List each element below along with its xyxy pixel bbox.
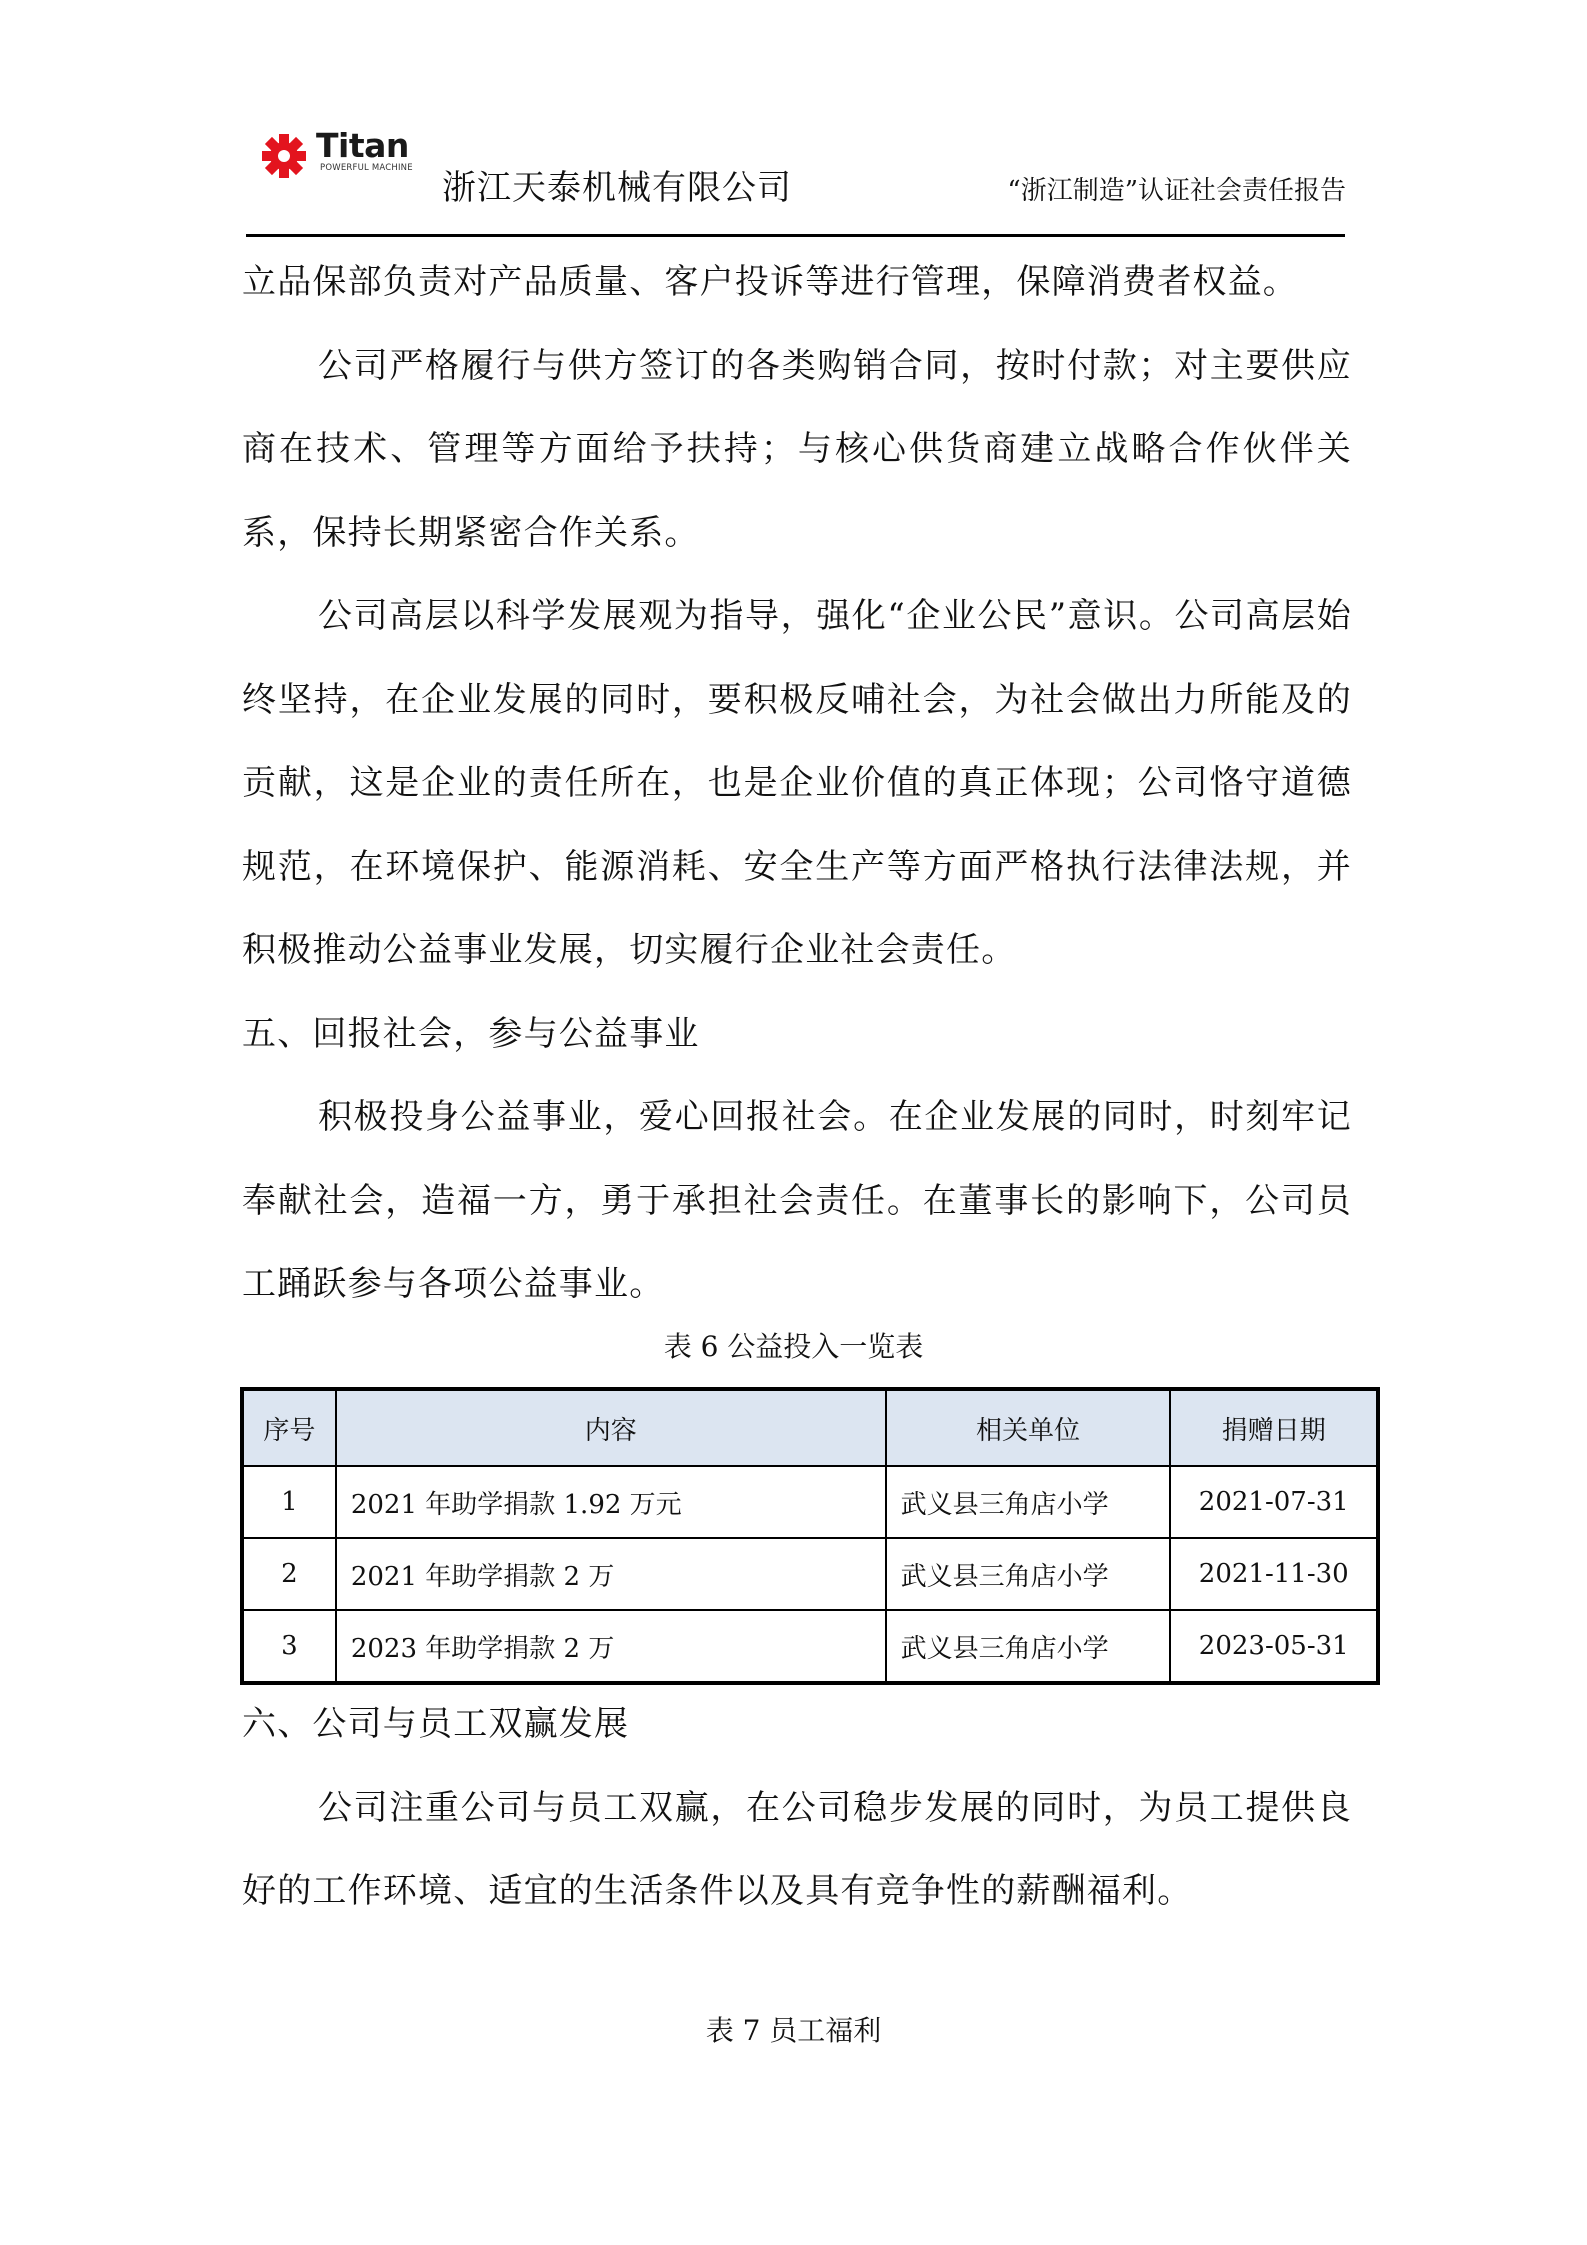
cell-index: 2 [242, 1538, 336, 1610]
table-row: 2 2021 年助学捐款 2 万 武义县三角店小学 2021-11-30 [242, 1538, 1378, 1610]
paragraph-suppliers: 公司严格履行与供方签订的各类购销合同，按时付款；对主要供应商在技术、管理等方面给… [242, 325, 1352, 576]
cell-content: 2023 年助学捐款 2 万 [336, 1610, 886, 1683]
table-row: 1 2021 年助学捐款 1.92 万元 武义县三角店小学 2021-07-31 [242, 1466, 1378, 1538]
body-section-2: 六、公司与员工双赢发展 公司注重公司与员工双赢，在公司稳步发展的同时，为员工提供… [242, 1683, 1352, 1934]
col-header-unit: 相关单位 [886, 1389, 1171, 1466]
cell-unit: 武义县三角店小学 [886, 1466, 1171, 1538]
cell-content: 2021 年助学捐款 1.92 万元 [336, 1466, 886, 1538]
logo-brand: Titan [316, 128, 409, 164]
cell-unit: 武义县三角店小学 [886, 1610, 1171, 1683]
header-divider [246, 234, 1345, 237]
gear-icon [260, 132, 308, 180]
cell-index: 3 [242, 1610, 336, 1683]
section-heading-6: 六、公司与员工双赢发展 [242, 1683, 1352, 1767]
cell-date: 2023-05-31 [1170, 1610, 1378, 1683]
logo-tagline: POWERFUL MACHINE [320, 163, 413, 173]
paragraph-public-welfare: 积极投身公益事业，爱心回报社会。在企业发展的同时，时刻牢记奉献社会，造福一方，勇… [242, 1076, 1352, 1327]
col-header-index: 序号 [242, 1389, 336, 1466]
paragraph-employee-welfare: 公司注重公司与员工双赢，在公司稳步发展的同时，为员工提供良好的工作环境、适宜的生… [242, 1767, 1352, 1934]
table-header-row: 序号 内容 相关单位 捐赠日期 [242, 1389, 1378, 1466]
body-section-1: 立品保部负责对产品质量、客户投诉等进行管理，保障消费者权益。 公司严格履行与供方… [242, 241, 1352, 1327]
titan-logo: Titan POWERFUL MACHINE [246, 128, 426, 180]
report-title: “浙江制造”认证社会责任报告 [1007, 170, 1346, 207]
cell-unit: 武义县三角店小学 [886, 1538, 1171, 1610]
col-header-date: 捐赠日期 [1170, 1389, 1378, 1466]
paragraph-consumer-rights: 立品保部负责对产品质量、客户投诉等进行管理，保障消费者权益。 [242, 241, 1352, 325]
cell-date: 2021-11-30 [1170, 1538, 1378, 1610]
company-name: 浙江天泰机械有限公司 [442, 160, 792, 209]
paragraph-corporate-citizen: 公司高层以科学发展观为指导，强化“企业公民”意识。公司高层始终坚持，在企业发展的… [242, 575, 1352, 993]
table6-caption: 表 6 公益投入一览表 [0, 1325, 1587, 1365]
cell-index: 1 [242, 1466, 336, 1538]
col-header-content: 内容 [336, 1389, 886, 1466]
table-row: 3 2023 年助学捐款 2 万 武义县三角店小学 2023-05-31 [242, 1610, 1378, 1683]
cell-date: 2021-07-31 [1170, 1466, 1378, 1538]
page-header: Titan POWERFUL MACHINE 浙江天泰机械有限公司 “浙江制造”… [246, 128, 1346, 208]
table7-caption: 表 7 员工福利 [0, 2009, 1587, 2049]
public-welfare-table: 序号 内容 相关单位 捐赠日期 1 2021 年助学捐款 1.92 万元 武义县… [240, 1387, 1380, 1685]
section-heading-5: 五、回报社会，参与公益事业 [242, 993, 1352, 1077]
cell-content: 2021 年助学捐款 2 万 [336, 1538, 886, 1610]
